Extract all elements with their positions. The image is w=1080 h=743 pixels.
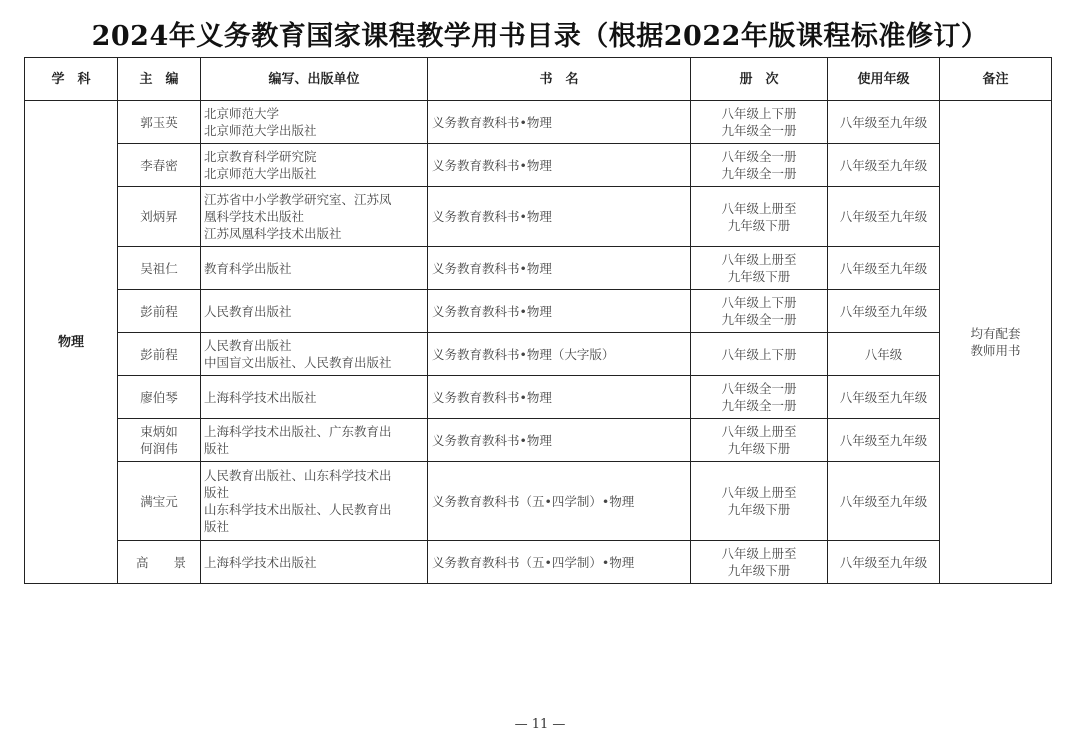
publisher-cell: 北京师范大学 北京师范大学出版社 <box>201 101 428 144</box>
volume-cell: 八年级上下册 <box>691 333 828 376</box>
header-volume: 册 次 <box>691 58 828 101</box>
publisher-cell: 人民教育出版社 中国盲文出版社、人民教育出版社 <box>201 333 428 376</box>
grade-cell: 八年级至九年级 <box>828 290 940 333</box>
editor-char: 景 <box>173 554 186 571</box>
book-name-cell: 义务教育教科书•物理 <box>428 290 691 333</box>
book-name-cell: 义务教育教科书•物理 <box>428 247 691 290</box>
grade-cell: 八年级至九年级 <box>828 376 940 419</box>
editor-cell: 彭前程 <box>118 290 201 333</box>
volume-cell: 八年级全一册 九年级全一册 <box>691 144 828 187</box>
table-row: 李春密 北京教育科学研究院 北京师范大学出版社 义务教育教科书•物理 八年级全一… <box>25 144 1052 187</box>
grade-cell: 八年级至九年级 <box>828 419 940 462</box>
editor-cell: 吴祖仁 <box>118 247 201 290</box>
grade-cell: 八年级至九年级 <box>828 247 940 290</box>
header-grade: 使用年级 <box>828 58 940 101</box>
volume-cell: 八年级上下册 九年级全一册 <box>691 101 828 144</box>
publisher-cell: 北京教育科学研究院 北京师范大学出版社 <box>201 144 428 187</box>
editor-char: 高 <box>136 554 149 571</box>
grade-cell: 八年级至九年级 <box>828 541 940 584</box>
editor-cell: 刘炳昇 <box>118 187 201 247</box>
note-cell: 均有配套 教师用书 <box>940 101 1052 584</box>
header-note: 备注 <box>940 58 1052 101</box>
header-editor: 主 编 <box>118 58 201 101</box>
grade-cell: 八年级 <box>828 333 940 376</box>
table-header-row: 学 科 主 编 编写、出版单位 书 名 册 次 使用年级 备注 <box>25 58 1052 101</box>
header-subject: 学 科 <box>25 58 118 101</box>
grade-cell: 八年级至九年级 <box>828 144 940 187</box>
editor-cell: 彭前程 <box>118 333 201 376</box>
volume-cell: 八年级上册至 九年级下册 <box>691 419 828 462</box>
publisher-cell: 教育科学出版社 <box>201 247 428 290</box>
volume-cell: 八年级上册至 九年级下册 <box>691 247 828 290</box>
grade-cell: 八年级至九年级 <box>828 462 940 541</box>
publisher-cell: 江苏省中小学教学研究室、江苏凤 凰科学技术出版社 江苏凤凰科学技术出版社 <box>201 187 428 247</box>
table-row: 刘炳昇 江苏省中小学教学研究室、江苏凤 凰科学技术出版社 江苏凤凰科学技术出版社… <box>25 187 1052 247</box>
table-row: 物理 郭玉英 北京师范大学 北京师范大学出版社 义务教育教科书•物理 八年级上下… <box>25 101 1052 144</box>
book-name-cell: 义务教育教科书•物理 <box>428 376 691 419</box>
header-publisher: 编写、出版单位 <box>201 58 428 101</box>
table-row: 彭前程 人民教育出版社 中国盲文出版社、人民教育出版社 义务教育教科书•物理（大… <box>25 333 1052 376</box>
volume-cell: 八年级上册至 九年级下册 <box>691 541 828 584</box>
table-row: 高 景 上海科学技术出版社 义务教育教科书（五•四学制）•物理 八年级上册至 九… <box>25 541 1052 584</box>
document-title: 2024年义务教育国家课程教学用书目录（根据2022年版课程标准修订） <box>0 14 1080 53</box>
table-row: 满宝元 人民教育出版社、山东科学技术出 版社 山东科学技术出版社、人民教育出 版… <box>25 462 1052 541</box>
volume-cell: 八年级全一册 九年级全一册 <box>691 376 828 419</box>
editor-cell: 束炳如 何润伟 <box>118 419 201 462</box>
editor-cell: 高 景 <box>118 541 201 584</box>
grade-cell: 八年级至九年级 <box>828 101 940 144</box>
table-row: 吴祖仁 教育科学出版社 义务教育教科书•物理 八年级上册至 九年级下册 八年级至… <box>25 247 1052 290</box>
publisher-cell: 上海科学技术出版社 <box>201 376 428 419</box>
editor-cell: 李春密 <box>118 144 201 187</box>
textbook-catalog-table: 学 科 主 编 编写、出版单位 书 名 册 次 使用年级 备注 物理 郭玉英 北… <box>24 57 1052 584</box>
grade-cell: 八年级至九年级 <box>828 187 940 247</box>
publisher-cell: 人民教育出版社 <box>201 290 428 333</box>
editor-cell: 郭玉英 <box>118 101 201 144</box>
editor-cell: 廖伯琴 <box>118 376 201 419</box>
volume-cell: 八年级上册至 九年级下册 <box>691 462 828 541</box>
volume-cell: 八年级上册至 九年级下册 <box>691 187 828 247</box>
volume-cell: 八年级上下册 九年级全一册 <box>691 290 828 333</box>
book-name-cell: 义务教育教科书•物理 <box>428 419 691 462</box>
table-row: 彭前程 人民教育出版社 义务教育教科书•物理 八年级上下册 九年级全一册 八年级… <box>25 290 1052 333</box>
book-name-cell: 义务教育教科书•物理 <box>428 144 691 187</box>
table-row: 廖伯琴 上海科学技术出版社 义务教育教科书•物理 八年级全一册 九年级全一册 八… <box>25 376 1052 419</box>
publisher-cell: 人民教育出版社、山东科学技术出 版社 山东科学技术出版社、人民教育出 版社 <box>201 462 428 541</box>
book-name-cell: 义务教育教科书（五•四学制）•物理 <box>428 541 691 584</box>
subject-cell: 物理 <box>25 101 118 584</box>
publisher-cell: 上海科学技术出版社、广东教育出 版社 <box>201 419 428 462</box>
publisher-cell: 上海科学技术出版社 <box>201 541 428 584</box>
book-name-cell: 义务教育教科书•物理 <box>428 101 691 144</box>
page-number: — 11 — <box>0 717 1080 732</box>
book-name-cell: 义务教育教科书•物理（大字版） <box>428 333 691 376</box>
book-name-cell: 义务教育教科书•物理 <box>428 187 691 247</box>
header-book-name: 书 名 <box>428 58 691 101</box>
book-name-cell: 义务教育教科书（五•四学制）•物理 <box>428 462 691 541</box>
editor-cell: 满宝元 <box>118 462 201 541</box>
table-row: 束炳如 何润伟 上海科学技术出版社、广东教育出 版社 义务教育教科书•物理 八年… <box>25 419 1052 462</box>
